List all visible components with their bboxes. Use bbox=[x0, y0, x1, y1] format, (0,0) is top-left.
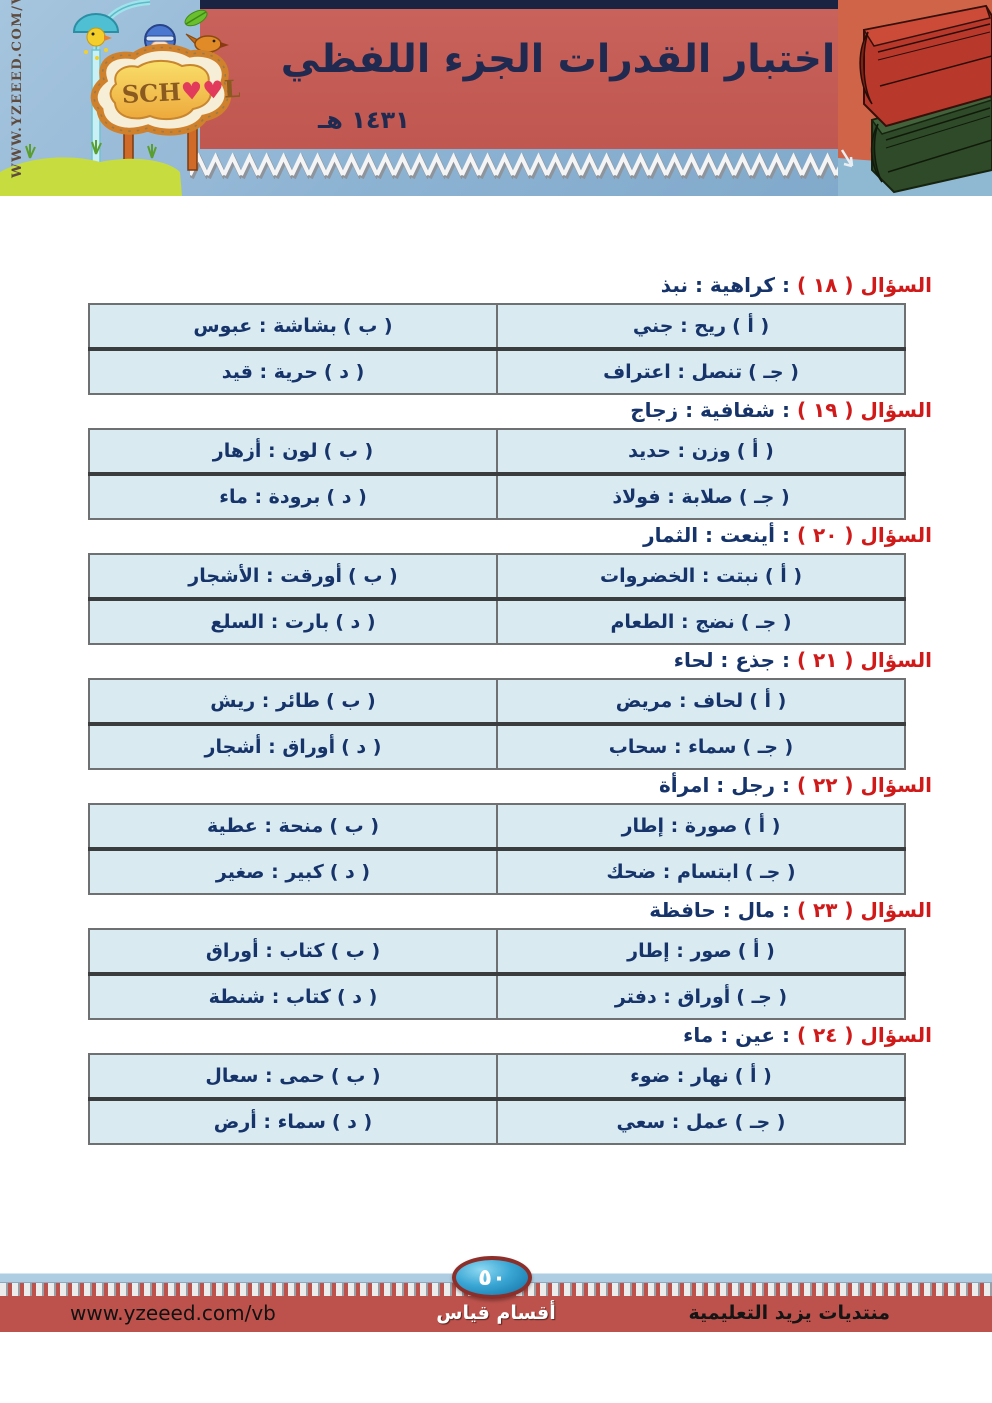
option-text: حرية : قيد bbox=[222, 361, 318, 383]
question-prompt: : رجل : امرأة bbox=[659, 773, 790, 797]
option-key: ( د ) bbox=[326, 486, 366, 508]
options-table: ( أ )صورة : إطار ( ب )منحة : عطية ( جـ )… bbox=[88, 803, 906, 895]
option-cell-a: ( أ )صورة : إطار bbox=[497, 804, 905, 849]
question-prompt: : أينعت : الثمار bbox=[643, 523, 790, 547]
option-cell-b: ( ب )بشاشة : عبوس bbox=[89, 304, 497, 349]
option-text: حمى : سعال bbox=[205, 1065, 325, 1087]
school-signboard: SCH♥♥L bbox=[94, 48, 240, 133]
option-text: طائر : ريش bbox=[210, 690, 320, 712]
question-prompt: : جذع : لحاء bbox=[674, 648, 790, 672]
question-title: السؤال ( ٢٠ ) : أينعت : الثمار bbox=[88, 524, 932, 546]
option-cell-d: ( د )أوراق : أشجار bbox=[89, 724, 497, 769]
option-text: صورة : إطار bbox=[622, 815, 738, 837]
option-text: كتاب : شنطة bbox=[209, 986, 331, 1008]
option-key: ( جـ ) bbox=[748, 361, 799, 383]
question-block-24: السؤال ( ٢٤ ) : عين : ماء ( أ )نهار : ضو… bbox=[88, 1024, 906, 1149]
options-table: ( أ )نهار : ضوء ( ب )حمى : سعال ( جـ )عم… bbox=[88, 1053, 906, 1145]
question-number: السؤال ( ٢٠ ) bbox=[797, 523, 932, 547]
option-key: ( د ) bbox=[332, 1111, 372, 1133]
option-key: ( أ ) bbox=[732, 315, 769, 337]
option-key: ( ب ) bbox=[326, 690, 376, 712]
question-title: السؤال ( ٢١ ) : جذع : لحاء bbox=[88, 649, 932, 671]
option-cell-c: ( جـ )أوراق : دفتر bbox=[497, 974, 905, 1019]
question-prompt: : شفافية : زجاج bbox=[630, 398, 790, 422]
question-number: السؤال ( ٢٣ ) bbox=[797, 898, 932, 922]
option-key: ( ب ) bbox=[343, 315, 393, 337]
option-key: ( د ) bbox=[337, 986, 377, 1008]
option-cell-b: ( ب )كتاب : أوراق bbox=[89, 929, 497, 974]
option-text: نضج : الطعام bbox=[610, 611, 734, 633]
questions-area: السؤال ( ١٨ ) : كراهية : نبذ ( أ )ريح : … bbox=[88, 274, 906, 1149]
question-number: السؤال ( ٢١ ) bbox=[797, 648, 932, 672]
question-title: السؤال ( ٢٢ ) : رجل : امرأة bbox=[88, 774, 932, 796]
books-illustration bbox=[838, 0, 992, 196]
question-block-23: السؤال ( ٢٣ ) : مال : حافظة ( أ )صور : إ… bbox=[88, 899, 906, 1024]
question-number: السؤال ( ٢٤ ) bbox=[797, 1023, 932, 1047]
option-text: لون : أزهار bbox=[213, 440, 318, 462]
option-cell-b: ( ب )أورقت : الأشجار bbox=[89, 554, 497, 599]
option-key: ( جـ ) bbox=[745, 861, 796, 883]
school-sign-illustration: SCH♥♥L bbox=[0, 0, 240, 196]
option-cell-a: ( أ )وزن : حديد bbox=[497, 429, 905, 474]
question-prompt: : مال : حافظة bbox=[649, 898, 790, 922]
option-text: ريح : جني bbox=[633, 315, 726, 337]
option-key: ( د ) bbox=[335, 611, 375, 633]
option-key: ( أ ) bbox=[738, 940, 775, 962]
question-block-19: السؤال ( ١٩ ) : شفافية : زجاج ( أ )وزن :… bbox=[88, 399, 906, 524]
option-text: أوراق : دفتر bbox=[615, 986, 730, 1008]
question-title: السؤال ( ١٩ ) : شفافية : زجاج bbox=[88, 399, 932, 421]
option-cell-b: ( ب )لون : أزهار bbox=[89, 429, 497, 474]
options-table: ( أ )صور : إطار ( ب )كتاب : أوراق ( جـ )… bbox=[88, 928, 906, 1020]
option-cell-b: ( ب )منحة : عطية bbox=[89, 804, 497, 849]
option-cell-d: ( د )سماء : أرض bbox=[89, 1099, 497, 1144]
question-number: السؤال ( ١٨ ) bbox=[797, 273, 932, 297]
option-cell-d: ( د )بارت : السلع bbox=[89, 599, 497, 644]
question-title: السؤال ( ١٨ ) : كراهية : نبذ bbox=[88, 274, 932, 296]
option-cell-a: ( أ )لحاف : مريض bbox=[497, 679, 905, 724]
option-key: ( أ ) bbox=[737, 440, 774, 462]
option-text: كبير : صغير bbox=[216, 861, 324, 883]
option-key: ( ب ) bbox=[331, 1065, 381, 1087]
option-text: ابتسام : ضحك bbox=[606, 861, 738, 883]
option-cell-c: ( جـ )صلابة : فولاذ bbox=[497, 474, 905, 519]
option-key: ( ب ) bbox=[324, 440, 374, 462]
options-table: ( أ )نبتت : الخضروات ( ب )أورقت : الأشجا… bbox=[88, 553, 906, 645]
option-key: ( جـ ) bbox=[735, 1111, 786, 1133]
bird-in-lamp-icon bbox=[87, 28, 105, 46]
option-key: ( أ ) bbox=[765, 565, 802, 587]
header-top-strip bbox=[200, 0, 856, 9]
option-cell-c: ( جـ )نضج : الطعام bbox=[497, 599, 905, 644]
option-key: ( جـ ) bbox=[739, 486, 790, 508]
option-key: ( د ) bbox=[341, 736, 381, 758]
page-number-badge: ٥٠ bbox=[452, 1256, 532, 1299]
option-cell-a: ( أ )صور : إطار bbox=[497, 929, 905, 974]
question-prompt: : كراهية : نبذ bbox=[661, 273, 790, 297]
option-text: عمل : سعي bbox=[617, 1111, 729, 1133]
option-text: بارت : السلع bbox=[210, 611, 329, 633]
option-text: منحة : عطية bbox=[207, 815, 323, 837]
question-block-21: السؤال ( ٢١ ) : جذع : لحاء ( أ )لحاف : م… bbox=[88, 649, 906, 774]
option-text: وزن : حديد bbox=[628, 440, 731, 462]
option-text: بشاشة : عبوس bbox=[193, 315, 337, 337]
school-sign-text: SCH♥♥L bbox=[121, 74, 240, 109]
option-text: سماء : سحاب bbox=[609, 736, 737, 758]
options-table: ( أ )لحاف : مريض ( ب )طائر : ريش ( جـ )س… bbox=[88, 678, 906, 770]
option-cell-c: ( جـ )عمل : سعي bbox=[497, 1099, 905, 1144]
question-block-20: السؤال ( ٢٠ ) : أينعت : الثمار ( أ )نبتت… bbox=[88, 524, 906, 649]
option-key: ( جـ ) bbox=[741, 611, 792, 633]
zigzag-divider-icon bbox=[190, 146, 840, 182]
option-key: ( أ ) bbox=[743, 815, 780, 837]
option-text: صور : إطار bbox=[627, 940, 732, 962]
option-key: ( أ ) bbox=[749, 690, 786, 712]
option-cell-c: ( جـ )ابتسام : ضحك bbox=[497, 849, 905, 894]
option-text: برودة : ماء bbox=[219, 486, 320, 508]
question-block-18: السؤال ( ١٨ ) : كراهية : نبذ ( أ )ريح : … bbox=[88, 274, 906, 399]
option-cell-d: ( د )حرية : قيد bbox=[89, 349, 497, 394]
page-title: اختبار القدرات الجزء اللفظي bbox=[278, 37, 838, 82]
title-banner: اختبار القدرات الجزء اللفظي ١٤٣١ هـ bbox=[200, 9, 838, 149]
option-text: لحاف : مريض bbox=[616, 690, 744, 712]
option-cell-a: ( أ )نهار : ضوء bbox=[497, 1054, 905, 1099]
option-cell-b: ( ب )حمى : سعال bbox=[89, 1054, 497, 1099]
question-number: السؤال ( ٢٢ ) bbox=[797, 773, 932, 797]
option-cell-a: ( أ )ريح : جني bbox=[497, 304, 905, 349]
question-block-22: السؤال ( ٢٢ ) : رجل : امرأة ( أ )صورة : … bbox=[88, 774, 906, 899]
option-text: أوراق : أشجار bbox=[205, 736, 336, 758]
option-key: ( ب ) bbox=[330, 940, 380, 962]
question-title: السؤال ( ٢٣ ) : مال : حافظة bbox=[88, 899, 932, 921]
option-cell-c: ( جـ )سماء : سحاب bbox=[497, 724, 905, 769]
option-key: ( د ) bbox=[324, 361, 364, 383]
page-number: ٥٠ bbox=[478, 1265, 506, 1291]
hijri-year: ١٤٣١ هـ bbox=[318, 106, 410, 134]
option-cell-a: ( أ )نبتت : الخضروات bbox=[497, 554, 905, 599]
option-text: نهار : ضوء bbox=[630, 1065, 729, 1087]
option-key: ( ب ) bbox=[329, 815, 379, 837]
options-table: ( أ )وزن : حديد ( ب )لون : أزهار ( جـ )ص… bbox=[88, 428, 906, 520]
option-key: ( ب ) bbox=[348, 565, 398, 587]
question-prompt: : عين : ماء bbox=[683, 1023, 790, 1047]
option-cell-d: ( د )كتاب : شنطة bbox=[89, 974, 497, 1019]
option-text: صلابة : فولاذ bbox=[612, 486, 733, 508]
option-key: ( جـ ) bbox=[742, 736, 793, 758]
question-number: السؤال ( ١٩ ) bbox=[797, 398, 932, 422]
question-title: السؤال ( ٢٤ ) : عين : ماء bbox=[88, 1024, 932, 1046]
option-cell-d: ( د )برودة : ماء bbox=[89, 474, 497, 519]
option-key: ( جـ ) bbox=[736, 986, 787, 1008]
option-text: أورقت : الأشجار bbox=[188, 565, 342, 587]
option-text: تنصل : اعتراف bbox=[603, 361, 742, 383]
footer-forum-name: منتديات يزيد التعليمية bbox=[688, 1302, 890, 1324]
option-key: ( د ) bbox=[330, 861, 370, 883]
side-url-vertical: WWW.YZEEED.COM/VB bbox=[6, 2, 30, 178]
option-cell-c: ( جـ )تنصل : اعتراف bbox=[497, 349, 905, 394]
option-key: ( أ ) bbox=[735, 1065, 772, 1087]
leaf-icon bbox=[183, 7, 210, 29]
option-text: كتاب : أوراق bbox=[206, 940, 325, 962]
option-cell-b: ( ب )طائر : ريش bbox=[89, 679, 497, 724]
options-table: ( أ )ريح : جني ( ب )بشاشة : عبوس ( جـ )ت… bbox=[88, 303, 906, 395]
option-text: سماء : أرض bbox=[214, 1111, 326, 1133]
option-text: نبتت : الخضروات bbox=[600, 565, 759, 587]
option-cell-d: ( د )كبير : صغير bbox=[89, 849, 497, 894]
